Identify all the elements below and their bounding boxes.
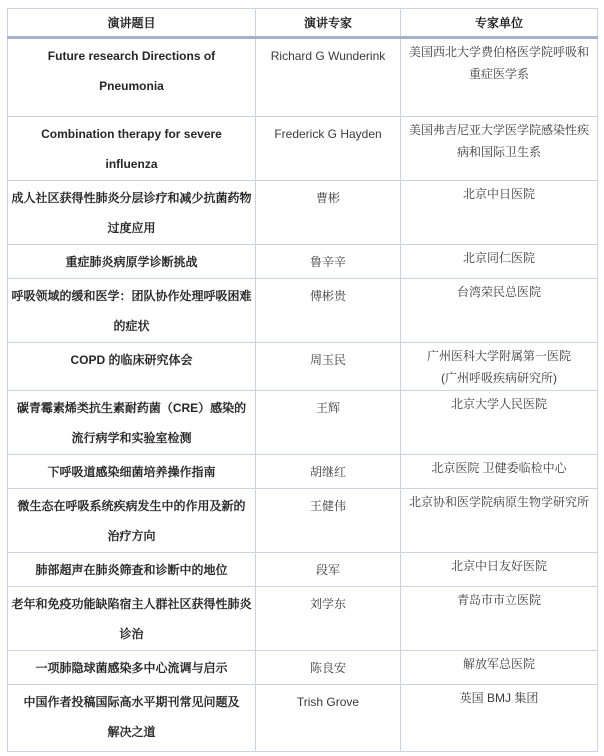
affiliation-cell: 北京医院 卫健委临检中心 [401, 455, 598, 489]
topic-cell: 肺部超声在肺炎筛查和诊断中的地位 [8, 553, 256, 587]
table-row: 中国作者投稿国际高水平期刊常见问题及 解决之道 Trish Grove 英国 B… [8, 685, 598, 752]
topic-cell: 呼吸领域的缓和医学：团队协作处理呼吸困难 的症状 [8, 279, 256, 343]
affiliation-cell: 北京中日医院 [401, 181, 598, 245]
affiliation-cell: 解放军总医院 [401, 651, 598, 685]
affiliation-cell: 北京同仁医院 [401, 245, 598, 279]
speaker-cell: 胡继红 [256, 455, 401, 489]
affiliation-cell: 广州医科大学附属第一医院 (广州呼吸疾病研究所) [401, 343, 598, 391]
topic-cell: 碳青霉素烯类抗生素耐药菌（CRE）感染的 流行病学和实验室检测 [8, 391, 256, 455]
speaker-cell: 刘学东 [256, 587, 401, 651]
table-row: Future research Directions of Pneumonia … [8, 38, 598, 117]
column-header-affiliation: 专家单位 [401, 9, 598, 38]
table-header: 演讲题目 演讲专家 专家单位 [8, 9, 598, 38]
column-header-topic: 演讲题目 [8, 9, 256, 38]
topic-cell: Future research Directions of Pneumonia [8, 38, 256, 117]
table-row: 一项肺隐球菌感染多中心流调与启示 陈良安 解放军总医院 [8, 651, 598, 685]
affiliation-cell: 北京大学人民医院 [401, 391, 598, 455]
header-row: 演讲题目 演讲专家 专家单位 [8, 9, 598, 38]
page-container: 演讲题目 演讲专家 专家单位 Future research Direction… [0, 0, 604, 756]
speaker-cell: Trish Grove [256, 685, 401, 752]
table-body: Future research Directions of Pneumonia … [8, 38, 598, 752]
speaker-cell: 曹彬 [256, 181, 401, 245]
speaker-cell: Frederick G Hayden [256, 117, 401, 181]
topic-cell: Combination therapy for severe influenza [8, 117, 256, 181]
table-row: Combination therapy for severe influenza… [8, 117, 598, 181]
topic-cell: 中国作者投稿国际高水平期刊常见问题及 解决之道 [8, 685, 256, 752]
affiliation-cell: 北京协和医学院病原生物学研究所 [401, 489, 598, 553]
table-row: 碳青霉素烯类抗生素耐药菌（CRE）感染的 流行病学和实验室检测 王辉 北京大学人… [8, 391, 598, 455]
table-row: 微生态在呼吸系统疾病发生中的作用及新的 治疗方向 王健伟 北京协和医学院病原生物… [8, 489, 598, 553]
topic-cell: 重症肺炎病原学诊断挑战 [8, 245, 256, 279]
topic-cell: COPD 的临床研究体会 [8, 343, 256, 391]
table-row: COPD 的临床研究体会 周玉民 广州医科大学附属第一医院 (广州呼吸疾病研究所… [8, 343, 598, 391]
speaker-cell: Richard G Wunderink [256, 38, 401, 117]
topic-cell: 老年和免疫功能缺陷宿主人群社区获得性肺炎 诊治 [8, 587, 256, 651]
topic-cell: 下呼吸道感染细菌培养操作指南 [8, 455, 256, 489]
table-row: 老年和免疫功能缺陷宿主人群社区获得性肺炎 诊治 刘学东 青岛市市立医院 [8, 587, 598, 651]
table-row: 重症肺炎病原学诊断挑战 鲁辛辛 北京同仁医院 [8, 245, 598, 279]
topic-cell: 成人社区获得性肺炎分层诊疗和减少抗菌药物 过度应用 [8, 181, 256, 245]
speaker-schedule-table: 演讲题目 演讲专家 专家单位 Future research Direction… [7, 8, 598, 752]
table-row: 成人社区获得性肺炎分层诊疗和减少抗菌药物 过度应用 曹彬 北京中日医院 [8, 181, 598, 245]
speaker-cell: 段军 [256, 553, 401, 587]
topic-cell: 微生态在呼吸系统疾病发生中的作用及新的 治疗方向 [8, 489, 256, 553]
affiliation-cell: 美国弗吉尼亚大学医学院感染性疾 病和国际卫生系 [401, 117, 598, 181]
topic-cell: 一项肺隐球菌感染多中心流调与启示 [8, 651, 256, 685]
affiliation-cell: 台湾荣民总医院 [401, 279, 598, 343]
column-header-speaker: 演讲专家 [256, 9, 401, 38]
affiliation-cell: 青岛市市立医院 [401, 587, 598, 651]
speaker-cell: 傅彬贵 [256, 279, 401, 343]
speaker-cell: 鲁辛辛 [256, 245, 401, 279]
affiliation-cell: 北京中日友好医院 [401, 553, 598, 587]
speaker-cell: 周玉民 [256, 343, 401, 391]
speaker-cell: 王健伟 [256, 489, 401, 553]
speaker-cell: 王辉 [256, 391, 401, 455]
affiliation-cell: 美国西北大学费伯格医学院呼吸和 重症医学系 [401, 38, 598, 117]
speaker-cell: 陈良安 [256, 651, 401, 685]
affiliation-cell: 英国 BMJ 集团 [401, 685, 598, 752]
table-row: 肺部超声在肺炎筛查和诊断中的地位 段军 北京中日友好医院 [8, 553, 598, 587]
table-row: 呼吸领域的缓和医学：团队协作处理呼吸困难 的症状 傅彬贵 台湾荣民总医院 [8, 279, 598, 343]
table-row: 下呼吸道感染细菌培养操作指南 胡继红 北京医院 卫健委临检中心 [8, 455, 598, 489]
